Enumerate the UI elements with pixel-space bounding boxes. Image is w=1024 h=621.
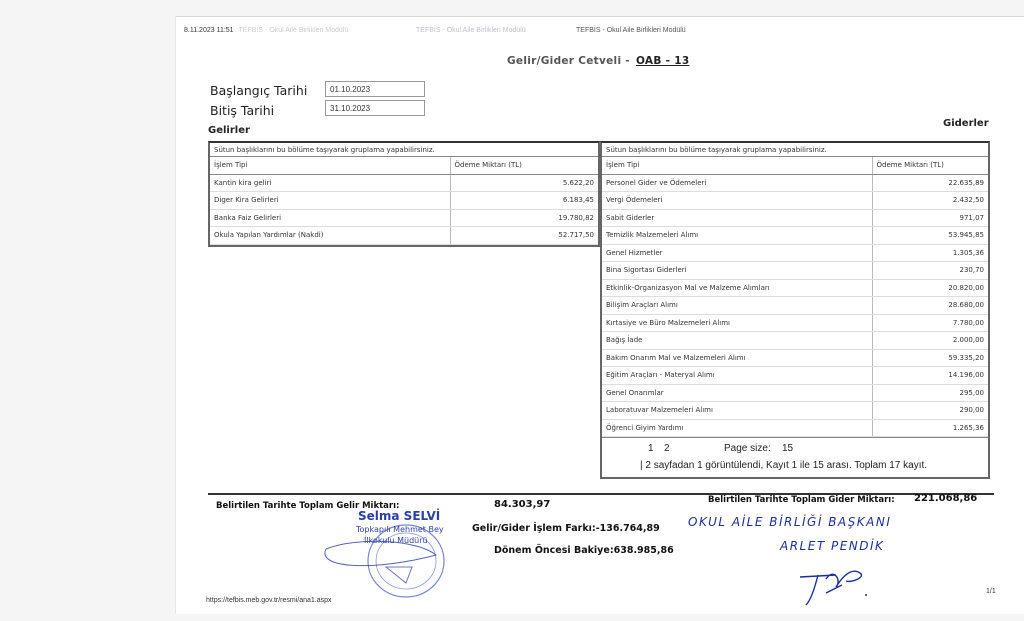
print-module-title: TEFBİS - Okul Aile Birlikleri Modülü [576, 27, 686, 34]
table-row[interactable]: Laboratuvar Malzemeleri Alımı290,00 [602, 402, 988, 420]
row-type: Banka Faiz Gelirleri [210, 209, 450, 227]
table-row[interactable]: Etkinlik-Organizasyon Mal ve Malzeme Alı… [602, 279, 988, 297]
table-row[interactable]: Genel Onarımlar295,00 [602, 384, 988, 402]
expenses-table: İşlem Tipi Ödeme Miktarı (TL) Personel G… [602, 157, 988, 437]
row-amount: 5.622,20 [450, 174, 598, 192]
table-row[interactable]: Banka Faiz Gelirleri19.780,82 [210, 209, 598, 227]
table-row[interactable]: Kantin kira geliri5.622,20 [210, 174, 598, 192]
row-type: Temizlik Malzemeleri Alımı [602, 227, 872, 245]
page-title: Gelir/Gider Cetveli -OAB - 13 [507, 55, 689, 67]
column-header-islem-tipi[interactable]: İşlem Tipi [210, 157, 450, 174]
pager-summary: | 2 sayfadan 1 görüntülendi, Kayıt 1 ile… [640, 460, 927, 471]
row-amount: 2.000,00 [872, 332, 988, 350]
stamp-title: İlkokulu Müdürü [364, 536, 428, 545]
row-type: Bağış İade [602, 332, 872, 350]
income-total-value: 84.303,97 [494, 499, 550, 510]
row-amount: 1.305,36 [872, 244, 988, 262]
expenses-total-value: 221.068,86 [914, 493, 977, 504]
column-header-odeme-miktari[interactable]: Ödeme Miktarı (TL) [872, 157, 988, 174]
row-type: Öğrenci Giyim Yardımı [602, 419, 872, 437]
expenses-grid: Sütun başlıklarını bu bölüme taşıyarak g… [600, 141, 990, 479]
row-amount: 2.432,50 [872, 192, 988, 210]
row-type: Laboratuvar Malzemeleri Alımı [602, 402, 872, 420]
table-row[interactable]: Diger Kira Gelirleri6.183,45 [210, 192, 598, 210]
table-row[interactable]: Kırtasiye ve Büro Malzemeleri Alımı7.780… [602, 314, 988, 332]
expenses-section-title: Giderler [943, 118, 989, 129]
document-title: Gelir/Gider Cetveli - [507, 55, 630, 67]
expenses-pager: 1 2 Page size: 15 | 2 sayfadan 1 görüntü… [602, 437, 988, 477]
end-date-label: Bitiş Tarihi [210, 103, 274, 118]
page-size-label: Page size: [724, 443, 771, 454]
table-row[interactable]: Sabit Giderler971,07 [602, 209, 988, 227]
row-amount: 295,00 [872, 384, 988, 402]
income-section-title: Gelirler [208, 125, 250, 136]
pager-page-2[interactable]: 2 [664, 443, 670, 454]
table-row[interactable]: Temizlik Malzemeleri Alımı53.945,85 [602, 227, 988, 245]
row-amount: 14.196,00 [872, 367, 988, 385]
handwritten-title: OKUL AİLE BİRLİĞİ BAŞKANI [688, 515, 891, 529]
income-grouping-panel[interactable]: Sütun başlıklarını bu bölüme taşıyarak g… [210, 143, 598, 157]
row-type: Etkinlik-Organizasyon Mal ve Malzeme Alı… [602, 279, 872, 297]
table-row[interactable]: Bina Sigortası Giderleri230,70 [602, 262, 988, 280]
row-type: Eğitim Araçları - Materyal Alımı [602, 367, 872, 385]
handwritten-name: ARLET PENDİK [780, 539, 884, 553]
print-timestamp: 8.11.2023 11:51 [184, 27, 234, 34]
table-row[interactable]: Bilişim Araçları Alımı28.680,00 [602, 297, 988, 315]
row-type: Okula Yapılan Yardımlar (Nakdi) [210, 227, 450, 245]
document-page: 8.11.2023 11:51 TEFBİS - Okul Aile Birli… [176, 16, 1024, 614]
income-grid: Sütun başlıklarını bu bölüme taşıyarak g… [208, 141, 600, 247]
row-amount: 52.717,50 [450, 227, 598, 245]
previous-period-balance: Dönem Öncesi Bakiye:638.985,86 [494, 545, 674, 556]
row-type: Personel Gider ve Ödemeleri [602, 174, 872, 192]
row-amount: 971,07 [872, 209, 988, 227]
expenses-grouping-panel[interactable]: Sütun başlıklarını bu bölüme taşıyarak g… [602, 143, 988, 157]
principal-stamp: Selma SELVİ Topkapılı Mehmet Bey İlkokul… [316, 509, 456, 599]
expenses-total-label: Belirtilen Tarihte Toplam Gider Miktarı: [708, 495, 895, 505]
row-type: Kırtasiye ve Büro Malzemeleri Alımı [602, 314, 872, 332]
table-row[interactable]: Vergi Ödemeleri2.432,50 [602, 192, 988, 210]
page-size-value[interactable]: 15 [782, 443, 793, 454]
row-type: Bina Sigortası Giderleri [602, 262, 872, 280]
table-row[interactable]: Eğitim Araçları - Materyal Alımı14.196,0… [602, 367, 988, 385]
income-header-row: İşlem Tipi Ödeme Miktarı (TL) [210, 157, 598, 174]
table-row[interactable]: Okula Yapılan Yardımlar (Nakdi)52.717,50 [210, 227, 598, 245]
table-row[interactable]: Öğrenci Giyim Yardımı1.265,36 [602, 419, 988, 437]
row-amount: 22.635,89 [872, 174, 988, 192]
row-amount: 290,00 [872, 402, 988, 420]
table-row[interactable]: Personel Gider ve Ödemeleri22.635,89 [602, 174, 988, 192]
table-row[interactable]: Bakım Onarım Mal ve Malzemeleri Alımı59.… [602, 349, 988, 367]
column-header-odeme-miktari[interactable]: Ödeme Miktarı (TL) [450, 157, 598, 174]
print-module-faded: TEFBİS - Okul Aile Birlikleri Modülü [239, 27, 349, 34]
row-amount: 20.820,00 [872, 279, 988, 297]
page-number: 1/1 [986, 588, 996, 595]
row-amount: 7.780,00 [872, 314, 988, 332]
income-table: İşlem Tipi Ödeme Miktarı (TL) Kantin kir… [210, 157, 598, 245]
row-amount: 28.680,00 [872, 297, 988, 315]
row-amount: 19.780,82 [450, 209, 598, 227]
row-type: Vergi Ödemeleri [602, 192, 872, 210]
document-code: OAB - 13 [636, 55, 689, 67]
expenses-header-row: İşlem Tipi Ödeme Miktarı (TL) [602, 157, 988, 174]
table-row[interactable]: Genel Hizmetler1.305,36 [602, 244, 988, 262]
stamp-name: Selma SELVİ [358, 509, 440, 523]
end-date-field[interactable]: 31.10.2023 [325, 100, 425, 116]
stamp-school: Topkapılı Mehmet Bey [356, 525, 444, 534]
column-header-islem-tipi[interactable]: İşlem Tipi [602, 157, 872, 174]
row-amount: 53.945,85 [872, 227, 988, 245]
start-date-field[interactable]: 01.10.2023 [325, 81, 425, 97]
row-type: Genel Onarımlar [602, 384, 872, 402]
income-expense-difference: Gelir/Gider İşlem Farkı:-136.764,89 [472, 523, 660, 534]
row-amount: 230,70 [872, 262, 988, 280]
row-type: Bilişim Araçları Alımı [602, 297, 872, 315]
print-header: 8.11.2023 11:51 TEFBİS - Okul Aile Birli… [184, 27, 348, 34]
table-row[interactable]: Bağış İade2.000,00 [602, 332, 988, 350]
row-type: Diger Kira Gelirleri [210, 192, 450, 210]
pager-page-1[interactable]: 1 [648, 443, 654, 454]
row-type: Genel Hizmetler [602, 244, 872, 262]
start-date-label: Başlangıç Tarihi [210, 83, 307, 98]
row-type: Kantin kira geliri [210, 174, 450, 192]
footer-url[interactable]: https://tefbis.meb.gov.tr/resmi/ana1.asp… [206, 597, 332, 604]
row-type: Bakım Onarım Mal ve Malzemeleri Alımı [602, 349, 872, 367]
row-amount: 59.335,20 [872, 349, 988, 367]
print-module-faded-2: TEFBİS - Okul Aile Birlikleri Modülü [416, 27, 526, 34]
signature-icon [796, 561, 896, 611]
row-amount: 6.183,45 [450, 192, 598, 210]
row-type: Sabit Giderler [602, 209, 872, 227]
row-amount: 1.265,36 [872, 419, 988, 437]
